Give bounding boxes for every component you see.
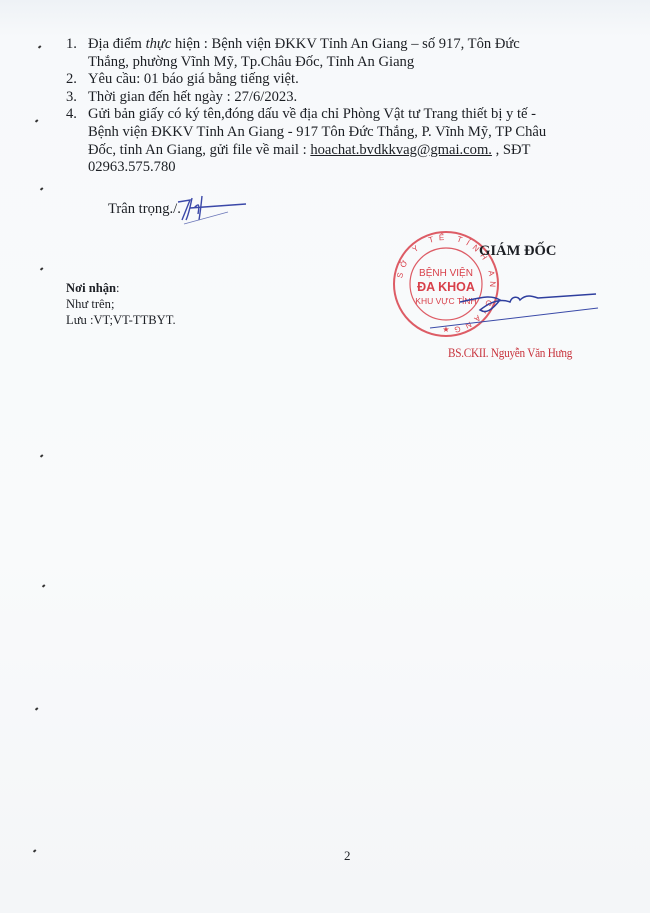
initial-signature-icon [168, 190, 248, 230]
item-number: 4. [66, 106, 77, 124]
submission-line-3: Đốc, tỉnh An Giang, gửi file về mail : h… [88, 142, 626, 160]
requirement-text: Yêu cầu: 01 báo giá bằng tiếng việt. [88, 71, 626, 89]
recipients-block: Nơi nhận: Như trên; Lưu :VT;VT-TTBYT. [66, 280, 176, 328]
location-line-1: Địa điểm thực hiện : Bệnh viện ĐKKV Tỉnh… [88, 36, 626, 54]
submission-line-2: Bệnh viện ĐKKV Tỉnh An Giang - 917 Tôn Đ… [88, 124, 626, 142]
page-number: 2 [344, 848, 351, 864]
submission-line-1: Gửi bản giấy có ký tên,đóng dấu về địa c… [88, 106, 626, 124]
director-signature-icon [420, 280, 600, 330]
location-line-2: Thắng, phường Vĩnh Mỹ, Tp.Châu Đốc, Tỉnh… [88, 54, 626, 72]
recipient-line: Lưu :VT;VT-TTBYT. [66, 312, 176, 328]
scan-speck [40, 454, 43, 457]
scan-speck [35, 707, 38, 710]
document-page: 1. Địa điểm thực hiện : Bệnh viện ĐKKV T… [0, 0, 650, 913]
requirements-list: 1. Địa điểm thực hiện : Bệnh viện ĐKKV T… [66, 36, 626, 177]
scan-speck [42, 584, 45, 587]
list-item-submission: 4. Gửi bản giấy có ký tên,đóng dấu về đị… [66, 106, 626, 176]
item-number: 1. [66, 36, 77, 54]
deadline-text: Thời gian đến hết ngày : 27/6/2023. [88, 89, 626, 107]
svg-text:BỆNH VIỆN: BỆNH VIỆN [419, 266, 473, 279]
list-item-deadline: 3. Thời gian đến hết ngày : 27/6/2023. [66, 89, 626, 107]
scan-speck [33, 849, 36, 852]
scan-speck [40, 267, 43, 270]
item-number: 2. [66, 71, 77, 89]
list-item-requirement: 2. Yêu cầu: 01 báo giá bằng tiếng việt. [66, 71, 626, 89]
recipients-heading: Nơi nhận [66, 281, 116, 295]
signatory-title: GIÁM ĐỐC [479, 243, 556, 260]
scan-speck [35, 119, 38, 122]
email-link[interactable]: hoachat.bvdkkvag@gmai.com. [310, 142, 492, 158]
phone-number: 02963.575.780 [88, 159, 626, 177]
signer-name: BS.CKII. Nguyễn Văn Hưng [448, 346, 572, 361]
recipient-line: Như trên; [66, 296, 176, 312]
scan-speck [38, 45, 41, 48]
item-number: 3. [66, 89, 77, 107]
scan-speck [40, 187, 43, 190]
list-item-location: 1. Địa điểm thực hiện : Bệnh viện ĐKKV T… [66, 36, 626, 71]
